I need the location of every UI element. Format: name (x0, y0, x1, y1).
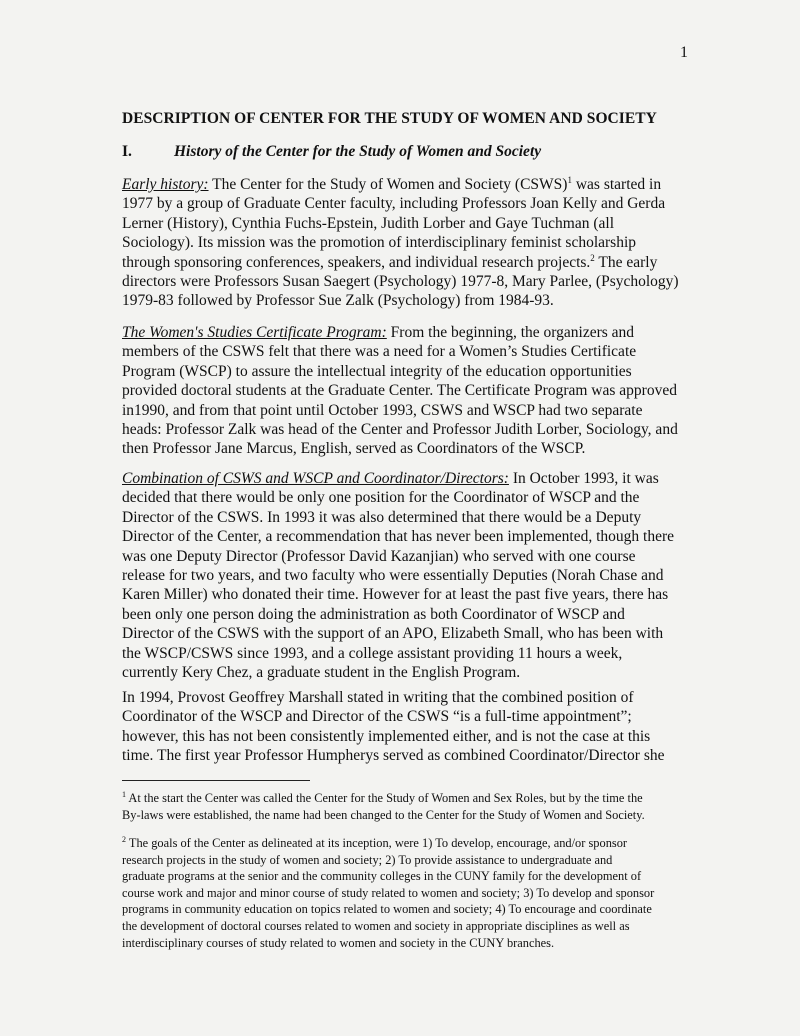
paragraph-certificate-program: The Women's Studies Certificate Program:… (122, 323, 702, 459)
paragraph-line: provided doctoral students at the Gradua… (122, 381, 702, 400)
section-heading: I.History of the Center for the Study of… (122, 143, 541, 161)
paragraph-line: heads: Professor Zalk was head of the Ce… (122, 420, 702, 439)
footnote-separator (122, 780, 310, 781)
section-number: I. (122, 143, 174, 161)
paragraph-line: however, this has not been consistently … (122, 727, 702, 746)
page-number: 1 (680, 44, 688, 62)
footnote-line: graduate programs at the senior and the … (122, 868, 712, 885)
paragraph-line: Lerner (History), Cynthia Fuchs-Epstein,… (122, 214, 702, 233)
paragraph-line: Program (WSCP) to assure the intellectua… (122, 362, 702, 381)
footnote-line: 2 The goals of the Center as delineated … (122, 835, 712, 852)
paragraph-line: 1977 by a group of Graduate Center facul… (122, 194, 702, 213)
paragraph-early-history: Early history: The Center for the Study … (122, 175, 702, 311)
paragraph-line: The Women's Studies Certificate Program:… (122, 323, 702, 342)
paragraph-combination: Combination of CSWS and WSCP and Coordin… (122, 469, 702, 682)
paragraph-line: currently Kery Chez, a graduate student … (122, 663, 702, 682)
paragraph-line: through sponsoring conferences, speakers… (122, 253, 702, 272)
footnote-line: By-laws were established, the name had b… (122, 807, 712, 824)
paragraph-line: in1990, and from that point until Octobe… (122, 401, 702, 420)
footnote-line: programs in community education on topic… (122, 901, 712, 918)
paragraph-line: 1979-83 followed by Professor Sue Zalk (… (122, 291, 702, 310)
paragraph-line: In 1994, Provost Geoffrey Marshall state… (122, 688, 702, 707)
paragraph-line: Director of the CSWS. In 1993 it was als… (122, 508, 702, 527)
paragraph-line: Early history: The Center for the Study … (122, 175, 702, 194)
paragraph-line: time. The first year Professor Humpherys… (122, 746, 702, 765)
paragraph-line: been only one person doing the administr… (122, 605, 702, 624)
footnote-line: interdisciplinary courses of study relat… (122, 935, 712, 952)
paragraph-provost-1994: In 1994, Provost Geoffrey Marshall state… (122, 688, 702, 766)
paragraph-line: Sociology). Its mission was the promotio… (122, 233, 702, 252)
paragraph-line: then Professor Jane Marcus, English, ser… (122, 439, 702, 458)
paragraph-line: release for two years, and two faculty w… (122, 566, 702, 585)
paragraph-line: Director of the Center, a recommendation… (122, 527, 702, 546)
paragraph-line: decided that there would be only one pos… (122, 488, 702, 507)
paragraph-lead-early-history: Early history: (122, 176, 209, 193)
paragraph-line: Combination of CSWS and WSCP and Coordin… (122, 469, 702, 488)
paragraph-line: was one Deputy Director (Professor David… (122, 547, 702, 566)
document-title: DESCRIPTION OF CENTER FOR THE STUDY OF W… (122, 110, 657, 128)
footnote-line: research projects in the study of women … (122, 852, 712, 869)
section-title: History of the Center for the Study of W… (174, 143, 541, 160)
paragraph-lead-combination: Combination of CSWS and WSCP and Coordin… (122, 470, 509, 487)
paragraph-line: members of the CSWS felt that there was … (122, 342, 702, 361)
paragraph-line: the WSCP/CSWS since 1993, and a college … (122, 644, 702, 663)
paragraph-line: Director of the CSWS with the support of… (122, 624, 702, 643)
paragraph-line: directors were Professors Susan Saegert … (122, 272, 702, 291)
footnote-2: 2 The goals of the Center as delineated … (122, 835, 712, 951)
paragraph-line: Karen Miller) who donated their time. Ho… (122, 585, 702, 604)
paragraph-line: Coordinator of the WSCP and Director of … (122, 707, 702, 726)
footnote-line: 1 At the start the Center was called the… (122, 790, 712, 807)
paragraph-lead-certificate-program: The Women's Studies Certificate Program: (122, 324, 387, 341)
footnote-1: 1 At the start the Center was called the… (122, 790, 712, 823)
footnote-line: the development of doctoral courses rela… (122, 918, 712, 935)
footnote-line: course work and major and minor course o… (122, 885, 712, 902)
